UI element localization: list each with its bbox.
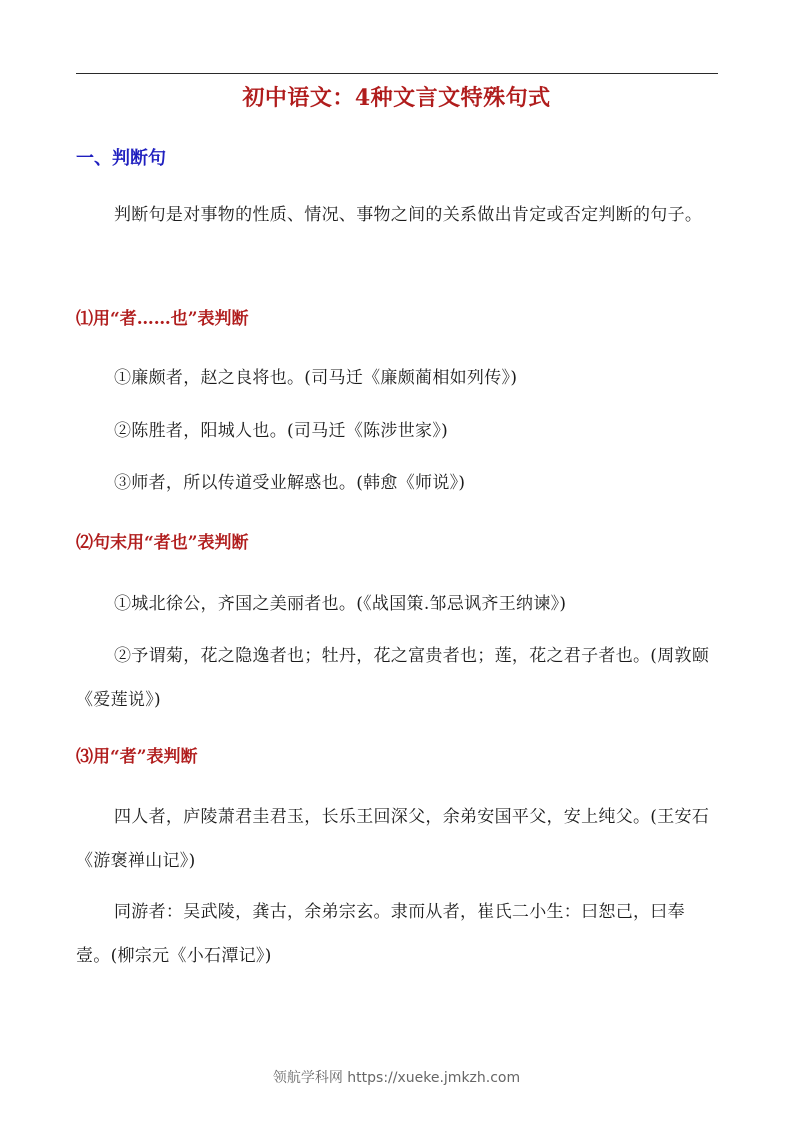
example-item: ②予谓菊，花之隐逸者也；牡丹，花之富贵者也；莲，花之君子者也。(周敦颐《爱莲说》…	[76, 634, 718, 722]
example-item: 同游者：吴武陵，龚古，余弟宗玄。隶而从者，崔氏二小生：曰恕己，曰奉壹。(柳宗元《…	[76, 890, 718, 978]
example-item: ①城北徐公，齐国之美丽者也。(《战国策.邹忌讽齐王纳谏》)	[76, 582, 718, 626]
document-title: 初中语文：4种文言文特殊句式	[0, 82, 793, 114]
example-item: ②陈胜者，阳城人也。(司马迁《陈涉世家》)	[76, 409, 718, 453]
section-intro: 判断句是对事物的性质、情况、事物之间的关系做出肯定或否定判断的句子。	[76, 193, 718, 237]
subsection-heading-3: ⑶用“者”表判断	[76, 745, 198, 769]
footer-watermark: 领航学科网 https://xueke.jmkzh.com	[0, 1068, 793, 1088]
example-item: ①廉颇者，赵之良将也。(司马迁《廉颇蔺相如列传》)	[76, 356, 718, 400]
example-item: ③师者，所以传道受业解惑也。(韩愈《师说》)	[76, 461, 718, 505]
document-page: 初中语文：4种文言文特殊句式 一、判断句 判断句是对事物的性质、情况、事物之间的…	[0, 0, 793, 1122]
subsection-heading-1: ⑴用“者……也”表判断	[76, 307, 249, 331]
section-heading-judgment: 一、判断句	[76, 146, 166, 172]
example-item: 四人者，庐陵萧君圭君玉，长乐王回深父，余弟安国平父，安上纯父。(王安石《游褒禅山…	[76, 795, 718, 883]
header-rule	[76, 73, 718, 74]
subsection-heading-2: ⑵句末用“者也”表判断	[76, 531, 249, 555]
